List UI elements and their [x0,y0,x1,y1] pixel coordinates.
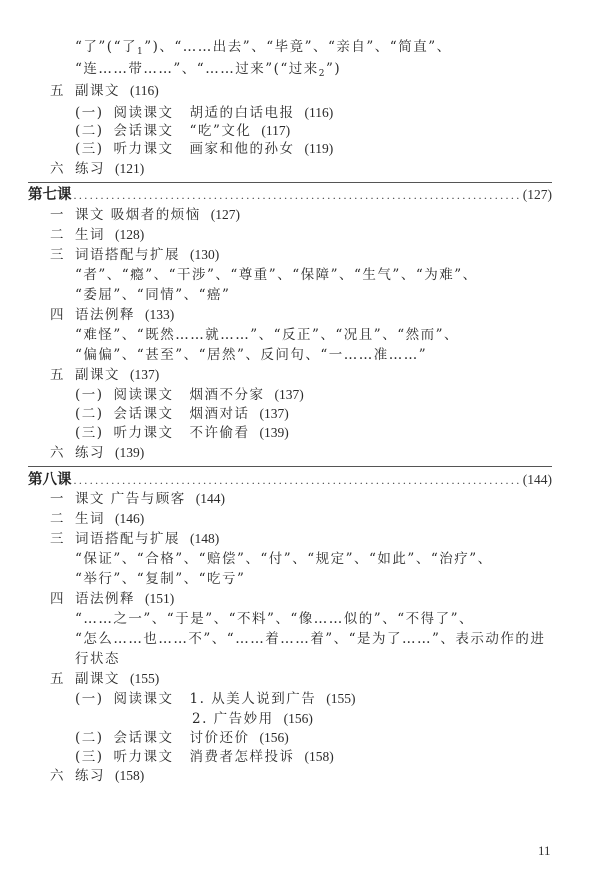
toc-section[interactable]: 六练习(139) [50,444,144,462]
sub-marker: (三) [75,425,104,441]
page-ref: (137) [275,387,304,402]
text: ”) [326,61,341,77]
toc-section[interactable]: 四语法例释(151) [50,590,174,608]
section-index: 三 [50,531,65,547]
vocab-list-line-1: “者”、“瘾”、“干涉”、“尊重”、“保障”、“生气”、“为难”、 [75,266,478,284]
vocab-list-line-1: “保证”、“合格”、“赔偿”、“付”、“规定”、“如此”、“治疗”、 [75,550,493,568]
text: ”)、“……出去”、“毕竟”、“亲自”、“简直”、 [144,39,451,55]
toc-section[interactable]: 三词语搭配与扩展(130) [50,246,219,264]
chapter-title: 第八课 [28,470,72,490]
toc-section[interactable]: 一课文 吸烟者的烦恼(127) [50,206,240,224]
text-type: 听力课文 [114,425,174,441]
page-ref: (130) [190,247,219,262]
vocab-list-line-2: “委屈”、“同情”、“癌” [75,286,230,304]
divider [28,466,552,467]
sub-marker: (三) [75,749,104,765]
page-ref: (156) [260,730,289,745]
page-ref: (158) [305,749,334,764]
toc-section[interactable]: 二生词(128) [50,226,144,244]
toc-subitem[interactable]: (三)听力课文不许偷看(139) [75,424,289,442]
page-ref: (127) [211,207,240,222]
page-ref: (144) [196,491,225,506]
section-label: 练习 [75,161,105,177]
text-type: 阅读课文 [114,387,174,403]
toc-section[interactable]: 五副课文(137) [50,366,159,384]
toc-subitem[interactable]: (三)听力课文画家和他的孙女(119) [75,140,333,158]
page-ref: (155) [326,691,355,706]
grammar-list-line-1: “……之一”、“于是”、“不料”、“像……似的”、“不得了”、 [75,610,474,628]
section-label: 词语搭配与扩展 [75,247,180,263]
grammar-items-line-2: “连……带……”、“……过来”(“过来2”) [75,60,341,83]
page-ref: (137) [130,367,159,382]
toc-subitem[interactable]: (一)阅读课文胡适的白话电报(116) [75,104,333,122]
toc-section[interactable]: 二生词(146) [50,510,144,528]
text-title: 烟酒对话 [190,406,250,422]
toc-subitem[interactable]: (二)会话课文“吃”文化(117) [75,122,290,140]
grammar-list-line-1: “难怪”、“既然……就……”、“反正”、“况且”、“然而”、 [75,326,459,344]
sub-marker: (三) [75,141,104,157]
toc-section[interactable]: 一课文 广告与顾客(144) [50,490,225,508]
text-type: 会话课文 [114,730,174,746]
page-ref: (158) [115,768,144,783]
page-number: 11 [538,843,551,859]
section-index: 三 [50,247,65,263]
section-label: 生词 [75,227,105,243]
page-ref: (144) [523,470,552,490]
sub-marker: (二) [75,123,104,139]
toc-subitem[interactable]: (一)阅读课文烟酒不分家(137) [75,386,304,404]
page-ref: (156) [284,711,313,726]
text-type: 阅读课文 [114,105,174,121]
grammar-list-line-2: “怎么……也……不”、“……着……着”、“是为了……”、表示动作的进 [75,630,545,648]
text-type: 听力课文 [114,749,174,765]
text: “了”(“了 [75,39,137,55]
text-title: “吃”文化 [190,123,252,139]
toc-section-exercises[interactable]: 六练习(121) [50,160,144,178]
page-ref: (151) [145,591,174,606]
page-ref: (133) [145,307,174,322]
text: “连……带……”、“……过来”(“过来 [75,61,319,77]
section-label: 语法例释 [75,307,135,323]
section-index: 四 [50,307,65,323]
grammar-list-line-2: “偏偏”、“甚至”、“居然”、反问句、“一……准……” [75,346,427,364]
leader-dots: ........................................… [74,185,521,205]
section-index: 六 [50,161,65,177]
section-label: 生词 [75,511,105,527]
section-label: 副课文 [75,83,120,99]
sub-marker: (二) [75,406,104,422]
page-ref: (148) [190,531,219,546]
text-title: 烟酒不分家 [190,387,265,403]
toc-section[interactable]: 三词语搭配与扩展(148) [50,530,219,548]
text-type: 听力课文 [114,141,174,157]
text-title: 1. 从美人说到广告 [190,691,317,707]
section-index: 二 [50,511,65,527]
section-label: 副课文 [75,671,120,687]
text-title: 胡适的白话电报 [190,105,295,121]
toc-subitem[interactable]: (三)听力课文消费者怎样投诉(158) [75,748,334,766]
toc-section[interactable]: 六练习(158) [50,767,144,785]
toc-chapter-lesson-8[interactable]: 第八课 ....................................… [28,470,552,490]
sub-marker: (一) [75,691,104,707]
section-index: 一 [50,207,65,223]
text-type: 阅读课文 [114,691,174,707]
page-ref: (155) [130,671,159,686]
subscript: 2 [319,69,326,79]
section-index: 二 [50,227,65,243]
toc-chapter-lesson-7[interactable]: 第七课 ....................................… [28,185,552,205]
section-label: 词语搭配与扩展 [75,531,180,547]
page-ref: (137) [260,406,289,421]
page-ref: (119) [305,141,334,156]
section-index: 四 [50,591,65,607]
grammar-list-line-3: 行状态 [75,650,120,668]
page-ref: (116) [305,105,334,120]
chapter-title: 第七课 [28,185,72,205]
text-title: 画家和他的孙女 [190,141,295,157]
text-title: 消费者怎样投诉 [190,749,295,765]
toc-section[interactable]: 四语法例释(133) [50,306,174,324]
page-ref: (139) [260,425,289,440]
section-index: 五 [50,83,65,99]
page-ref: (116) [130,83,159,98]
text-title: 2. 广告妙用 [192,711,274,727]
vocab-list-line-2: “举行”、“复制”、“吃亏” [75,570,245,588]
section-label: 练习 [75,445,105,461]
toc-section-supplementary[interactable]: 五副课文(116) [50,82,159,100]
page-ref: (117) [261,123,290,138]
section-index: 五 [50,671,65,687]
page-ref: (139) [115,445,144,460]
section-label: 副课文 [75,367,120,383]
section-label: 语法例释 [75,591,135,607]
grammar-items-line-1: “了”(“了1”)、“……出去”、“毕竟”、“亲自”、“简直”、 [75,38,452,61]
sub-marker: (一) [75,105,104,121]
page-ref: (128) [115,227,144,242]
text-type: 会话课文 [114,123,174,139]
text-type: 会话课文 [114,406,174,422]
page-ref: (146) [115,511,144,526]
toc-subitem-continued[interactable]: 2. 广告妙用(156) [192,710,313,728]
sub-marker: (二) [75,730,104,746]
page-ref: (121) [115,161,144,176]
toc-subitem[interactable]: (一)阅读课文1. 从美人说到广告(155) [75,690,355,708]
section-label: 课文 吸烟者的烦恼 [75,207,201,223]
divider [28,182,552,183]
toc-subitem[interactable]: (二)会话课文烟酒对话(137) [75,405,289,423]
section-index: 五 [50,367,65,383]
leader-dots: ........................................… [74,470,521,490]
section-index: 一 [50,491,65,507]
toc-subitem[interactable]: (二)会话课文讨价还价(156) [75,729,289,747]
text-title: 不许偷看 [190,425,250,441]
toc-section[interactable]: 五副课文(155) [50,670,159,688]
section-label: 练习 [75,768,105,784]
section-index: 六 [50,768,65,784]
page-ref: (127) [523,185,552,205]
section-label: 课文 广告与顾客 [75,491,186,507]
section-index: 六 [50,445,65,461]
sub-marker: (一) [75,387,104,403]
text-title: 讨价还价 [190,730,250,746]
